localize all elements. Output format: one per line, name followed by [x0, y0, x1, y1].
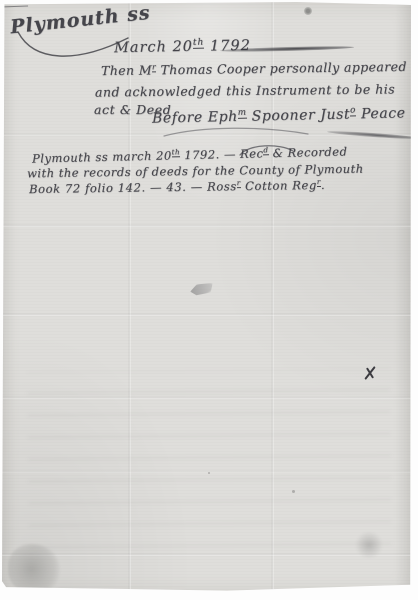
acknowledgment-line-2: and acknowledged this Instrument to be h… [95, 81, 395, 99]
acknowledgment-line-1: Then Mr Thomas Cooper personally appeare… [101, 59, 407, 78]
scanned-document-page: Plymouth ss March 20th 1792 Then Mr Thom… [2, 2, 411, 593]
ink-bleed-through [27, 368, 392, 562]
ink-flourish [162, 124, 312, 140]
horizontal-fold-crease [2, 313, 411, 316]
recording-line-3: Book 72 folio 142. — 43. — Rossr Cotton … [29, 178, 325, 196]
ink-speck [208, 472, 210, 474]
stain-blob-mark [8, 544, 60, 594]
horizontal-fold-crease [2, 224, 411, 227]
ink-speck [292, 490, 295, 493]
ink-flourish [238, 142, 296, 158]
ink-speck [247, 592, 250, 595]
register-signature-underline [2, 2, 28, 8]
ink-smudge-mark [189, 280, 216, 299]
date-line: March 20th 1792 [114, 38, 251, 56]
faint-smudge-mark [354, 532, 384, 558]
x-ink-mark [362, 365, 378, 381]
ink-dot-mark [304, 7, 312, 15]
scan-viewport: { "document": { "kind": "scanned handwri… [0, 0, 418, 600]
